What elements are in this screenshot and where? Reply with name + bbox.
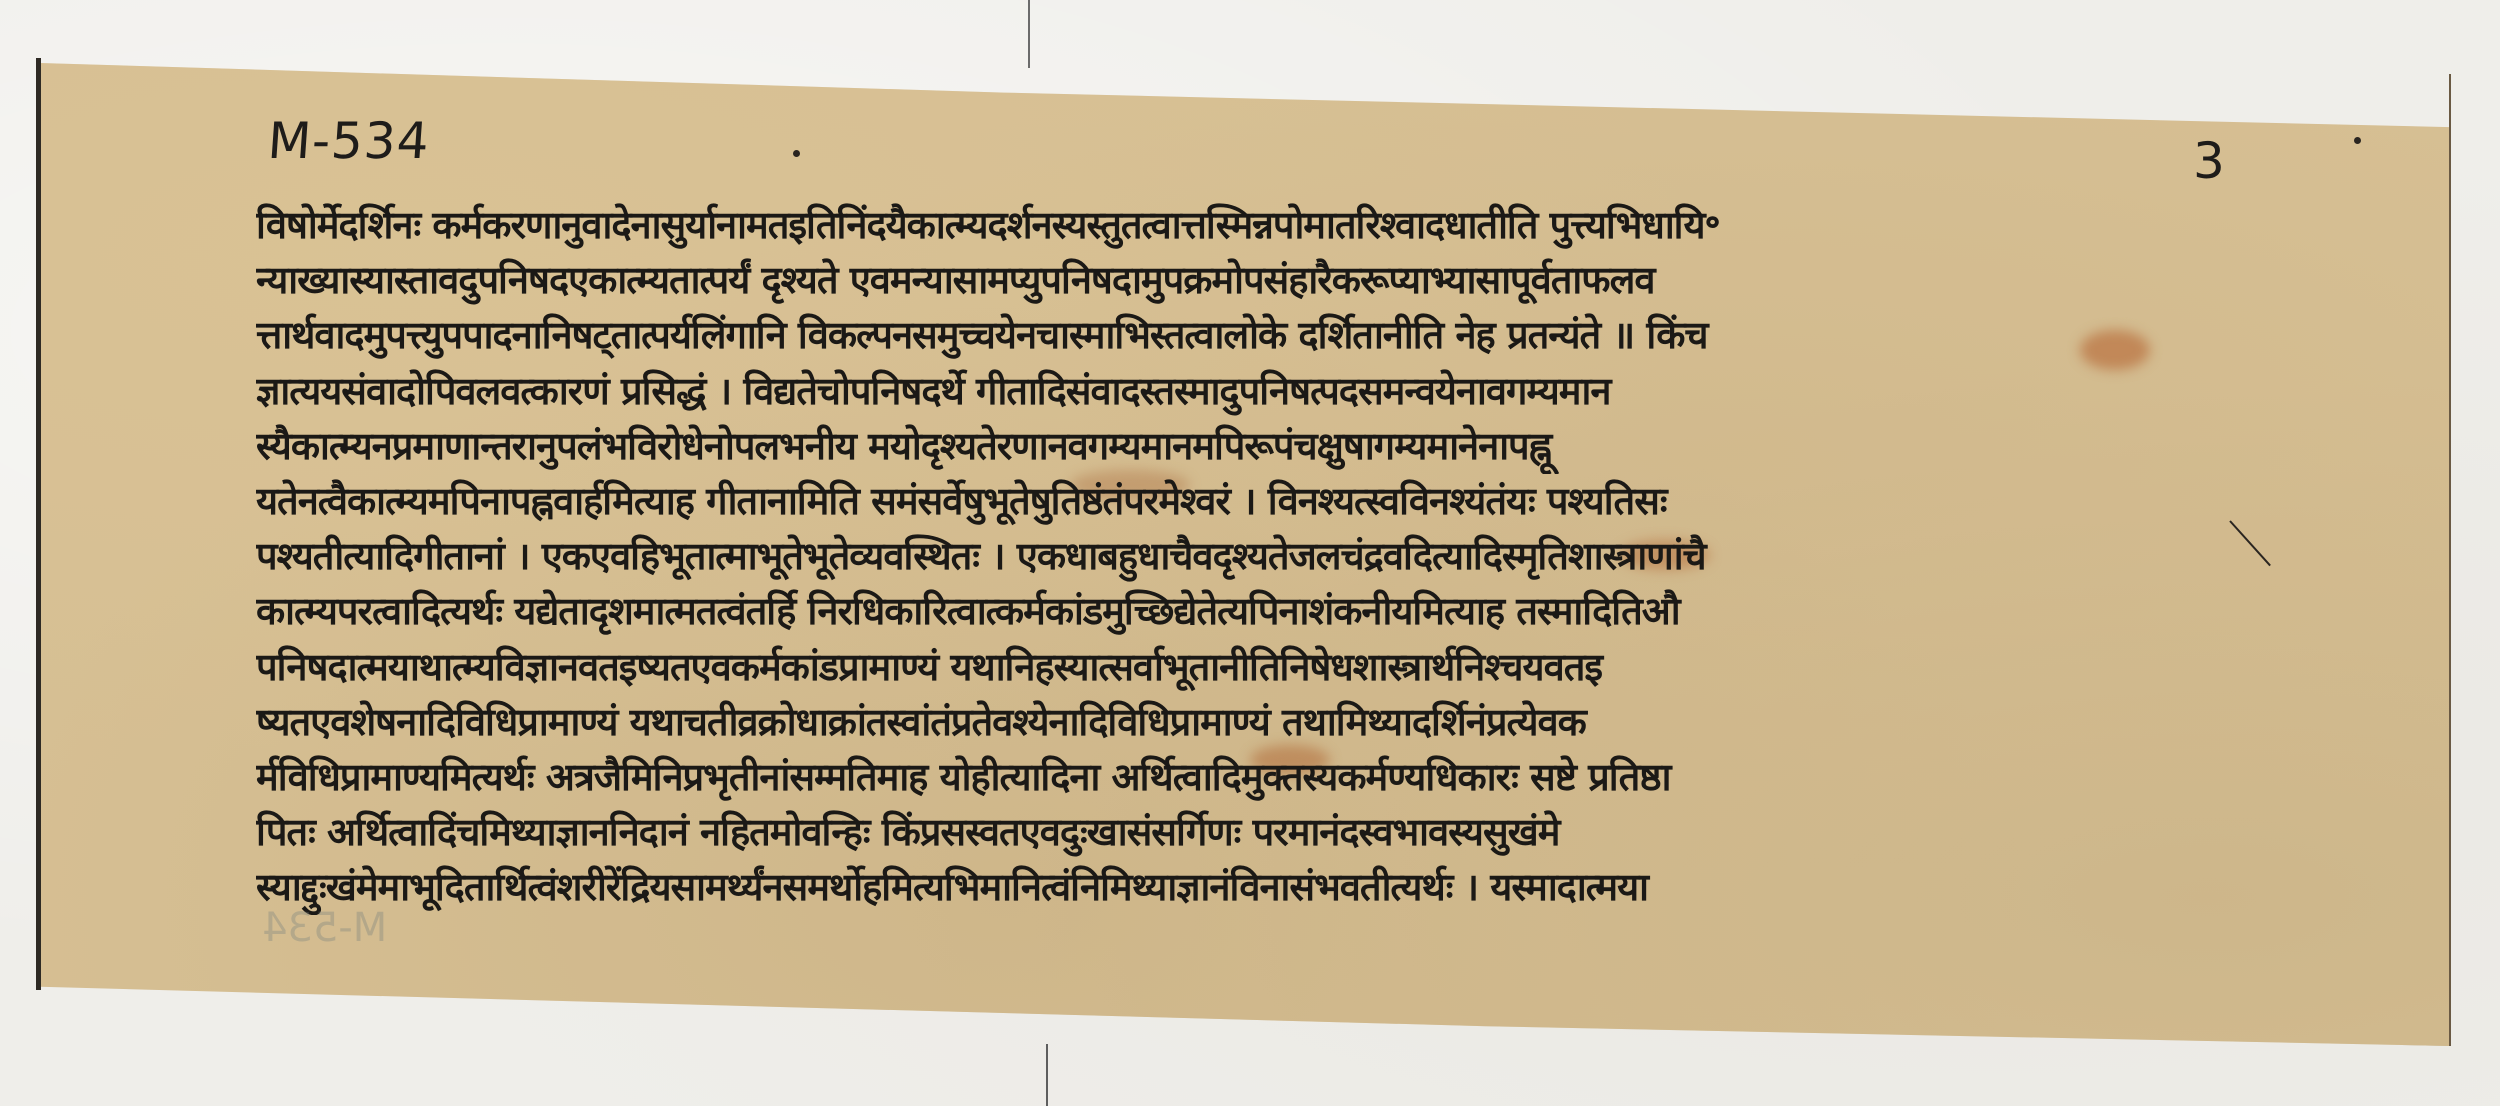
ink-dot bbox=[793, 150, 800, 157]
manuscript-line: पनिषदात्मयाथात्म्यविज्ञानवतइष्यतएवकर्मका… bbox=[256, 640, 2286, 695]
shelfmark-label: M-534 bbox=[266, 112, 432, 170]
mount-seam bbox=[1028, 0, 1030, 68]
manuscript-text-block: विषोर्मेदर्शिनः कर्मकरणानुवादेनासुर्याना… bbox=[256, 198, 2286, 915]
ink-dot bbox=[2354, 137, 2361, 144]
manuscript-line: स्याद्दुःखंमेमाभूदितार्थित्वंशरीरेंद्रिय… bbox=[256, 860, 2206, 915]
manuscript-line: यतेनत्वैकात्म्यमपिनापह्नवार्हमित्याह गीत… bbox=[256, 474, 2286, 529]
mount-seam bbox=[1046, 1044, 1048, 1106]
folio-edge bbox=[2449, 74, 2451, 1046]
folio-edge-shadow bbox=[36, 58, 41, 990]
manuscript-line: ष्यतएवशेषनादिविधिप्रामाण्यं यथाचतीव्रक्र… bbox=[256, 695, 2286, 750]
manuscript-line: कात्म्यपरत्वादित्यर्थः यद्येतादृशमात्मतत… bbox=[256, 584, 2286, 639]
manuscript-line: पश्यतीत्यादिगीतानां । एकएवहिभूतात्माभूते… bbox=[256, 529, 2286, 584]
manuscript-line: त्तार्थवादमुपत्त्युपपादनानिषट्तात्पर्यलि… bbox=[256, 308, 2286, 363]
manuscript-line: स्यैकात्म्यनप्रमाणान्तरानुपलंभविरोधेनोपल… bbox=[256, 419, 2286, 474]
manuscript-line: ज्ञात्ययसंवादोपिवलवत्कारणं प्रसिद्धं । व… bbox=[256, 364, 2286, 419]
manuscript-line: र्मविधिप्रामाण्यमित्यर्थः अत्रजैमिनिप्रभ… bbox=[256, 750, 2286, 805]
manuscript-line: पितः अर्थित्वादिंचमिथ्याज्ञाननिदानं नहित… bbox=[256, 805, 2286, 860]
folio-number: 3 bbox=[2193, 132, 2225, 190]
manuscript-line: न्याख्यास्यास्तावदुपनिषदएकात्म्यतात्पर्य… bbox=[256, 253, 2286, 308]
showthrough-shelfmark: M-534 bbox=[262, 905, 387, 951]
manuscript-line: विषोर्मेदर्शिनः कर्मकरणानुवादेनासुर्याना… bbox=[256, 198, 2286, 253]
